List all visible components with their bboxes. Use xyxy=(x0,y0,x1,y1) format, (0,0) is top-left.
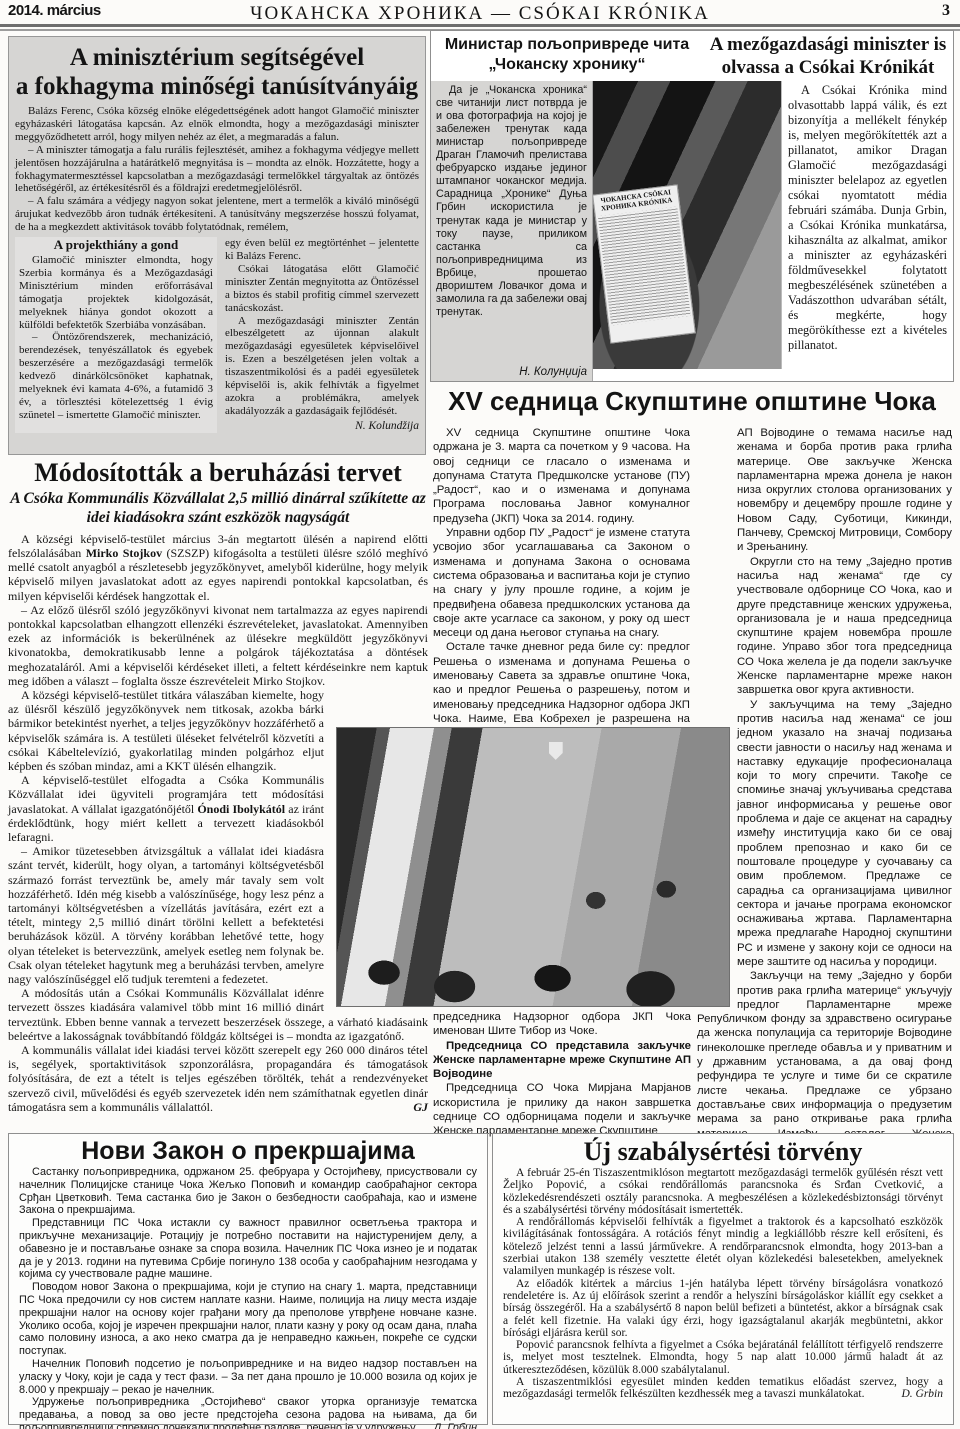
hungarian-column: A Csókai Krónika mind olvasottabb lappá … xyxy=(782,81,953,381)
article-law-hungarian: Új szabálysértési törvény A február 25-é… xyxy=(492,1133,954,1425)
content-row: Да је „Чоканска хроника“ све читанији ли… xyxy=(431,81,953,381)
byline: D. Grbin xyxy=(888,1388,943,1400)
newspaper-masthead: ЧОКАНСКА ХРОНИКА — CSÓKAI KRÓNIKA xyxy=(0,3,960,25)
paragraph: Представници ПС Чока истакли су важност … xyxy=(19,1217,477,1281)
session-column-b: АП Војводине о темама насиље над женама … xyxy=(697,426,952,1229)
paragraph: Balázs Ferenc, Csóka község elnöke elége… xyxy=(15,105,419,144)
serbian-column: Да је „Чоканска хроника“ све читанији ли… xyxy=(431,81,593,381)
bold-name: Ónodi Ibolykától xyxy=(197,802,285,816)
article-body: Balázs Ferenc, Csóka község elnöke elége… xyxy=(15,105,419,234)
titles-row: Министар пољопривреде чита „Чоканску хро… xyxy=(431,31,953,81)
session-headline: XV седница Скупштине општине Чока xyxy=(430,386,954,417)
byline: N. Kolundžija xyxy=(225,420,419,433)
article-title: A minisztérium segítségével a fokhagyma … xyxy=(15,43,419,101)
coat-of-arms xyxy=(549,742,563,760)
paragraph: Удружење пољопривредника „Остојићево“ св… xyxy=(19,1396,477,1429)
paragraph: – Öntözőrendszerek, mechanizáció, berend… xyxy=(19,331,213,421)
right-subcolumn: egy éven belül ez megtörténhet – jelente… xyxy=(225,237,419,433)
header-rule-dark xyxy=(0,24,960,27)
paragraph: Састанку пољопривредника, одржаном 25. ф… xyxy=(19,1166,477,1217)
paragraph: A február 25-én Tiszaszentmiklóson megta… xyxy=(503,1167,943,1216)
paragraph: A mezőgazdasági miniszter Zentán elbeszé… xyxy=(225,315,419,418)
paragraph: Округли сто на тему „Заједно против наси… xyxy=(697,555,952,698)
photo-wrap-spacer xyxy=(332,716,428,1000)
byline: Д. Грбин xyxy=(421,1422,477,1429)
paragraph: – A falu számára a védjegy nagyon sokat … xyxy=(15,195,419,234)
article-law-serbian: Нови Закон о прекршајима Састанку пољопр… xyxy=(8,1133,488,1425)
paragraph: Начелник Поповић подсетио је пољопривред… xyxy=(19,1358,477,1396)
article-title-hungarian: A mezőgazdasági miniszter is olvassa a C… xyxy=(703,31,953,81)
page-number: 3 xyxy=(942,2,950,20)
article-title: Új szabálysértési törvény xyxy=(503,1137,943,1167)
article-body: A február 25-én Tiszaszentmiklóson megta… xyxy=(503,1167,943,1401)
paragraph: Управни одбор ПУ „Радост“ је измене стат… xyxy=(433,526,690,640)
left-subcolumn: A projekthiány a gond Glamočić miniszter… xyxy=(15,237,217,433)
paragraph: АП Војводине о темама насиље над женама … xyxy=(697,426,952,555)
paragraph: Glamočić miniszter elmondta, hogy Szerbi… xyxy=(19,254,213,331)
article-investment-plan: Módosították a beruházási tervet A Csóka… xyxy=(8,458,428,1130)
bold-name: Mirko Stojkov xyxy=(86,546,162,560)
paragraph: XV седница Скупштине општине Чока одржан… xyxy=(433,426,690,526)
paragraph: – A miniszter támogatja a falu rurális f… xyxy=(15,144,419,196)
paragraph: Председница СО Чока Мирјана Марјанов иск… xyxy=(433,1081,691,1138)
article-title: Нови Закон о прекршајима xyxy=(19,1137,477,1166)
paragraph: A tiszaszentmiklósi egyesület minden ked… xyxy=(503,1376,943,1401)
byline: GJ xyxy=(400,1100,428,1114)
article-body: A községi képviselő-testület március 3-á… xyxy=(8,532,428,1114)
article-garlic-certification: A minisztérium segítségével a fokhagyma … xyxy=(8,36,426,455)
paragraph: egy éven belül ez megtörténhet – jelente… xyxy=(225,237,419,263)
session-subheading: Председница СО представила закључке Женс… xyxy=(433,1039,691,1082)
newspaper-in-photo: ЧОКАНСКА CSÓKAI ХРОНИКА KRÓNIKA xyxy=(593,184,696,343)
paragraph: Popović parancsnok felhívta a figyelmet … xyxy=(503,1339,943,1376)
paragraph: Поводом новог Закона о прекршајима, који… xyxy=(19,1281,477,1358)
article-subtitle: A Csóka Kommunális Közvállalat 2,5 milli… xyxy=(8,489,428,528)
two-column-section: A projekthiány a gond Glamočić miniszter… xyxy=(15,237,419,433)
paragraph: Az előadók kitértek a március 1-jén hatá… xyxy=(503,1278,943,1339)
article-title: Módosították a beruházási tervet xyxy=(8,458,428,488)
article-body: Да је „Чоканска хроника“ све читанији ли… xyxy=(436,84,587,364)
article-body: Састанку пољопривредника, одржаном 25. ф… xyxy=(19,1166,477,1429)
minister-reading-box: Министар пољопривреде чита „Чоканску хро… xyxy=(430,30,954,382)
byline: Н. Колунџија xyxy=(436,366,587,378)
article-title-serbian: Министар пољопривреде чита „Чоканску хро… xyxy=(431,31,703,81)
paragraph: A községi képviselő-testület március 3-á… xyxy=(8,532,428,603)
paragraph: – Az előző ülésről szóló jegyzőkönyvi ki… xyxy=(8,603,428,688)
subheading: A projekthiány a gond xyxy=(19,239,213,252)
newspaper-page: { "header": { "date": "2014. március", "… xyxy=(0,0,960,1429)
paragraph: Да је „Чоканска хроника“ све читанији ли… xyxy=(436,84,587,320)
photo-newspaper-text-lines xyxy=(598,206,691,325)
paragraph: A kommunális vállalat idei kiadási terve… xyxy=(8,1043,428,1114)
paragraph: Csókai látogatása előtt Glamočić miniszt… xyxy=(225,263,419,315)
paragraph: A rendőrállomás képviselői felhívták a f… xyxy=(503,1216,943,1277)
session-column-a-below-photo: председника Надзорног одбора ЈКП Чока им… xyxy=(433,1010,691,1139)
session-column-a: XV седница Скупштине општине Чока одржан… xyxy=(433,426,690,741)
paragraph: председника Надзорног одбора ЈКП Чока им… xyxy=(433,1010,691,1039)
photo-minister-reading-newspaper: ЧОКАНСКА CSÓKAI ХРОНИКА KRÓNIKA xyxy=(593,81,782,369)
paragraph: A Csókai Krónika mind olvasottabb lappá … xyxy=(788,83,947,353)
paragraph: Остале тачке дневног реда биле су: предл… xyxy=(433,640,690,740)
